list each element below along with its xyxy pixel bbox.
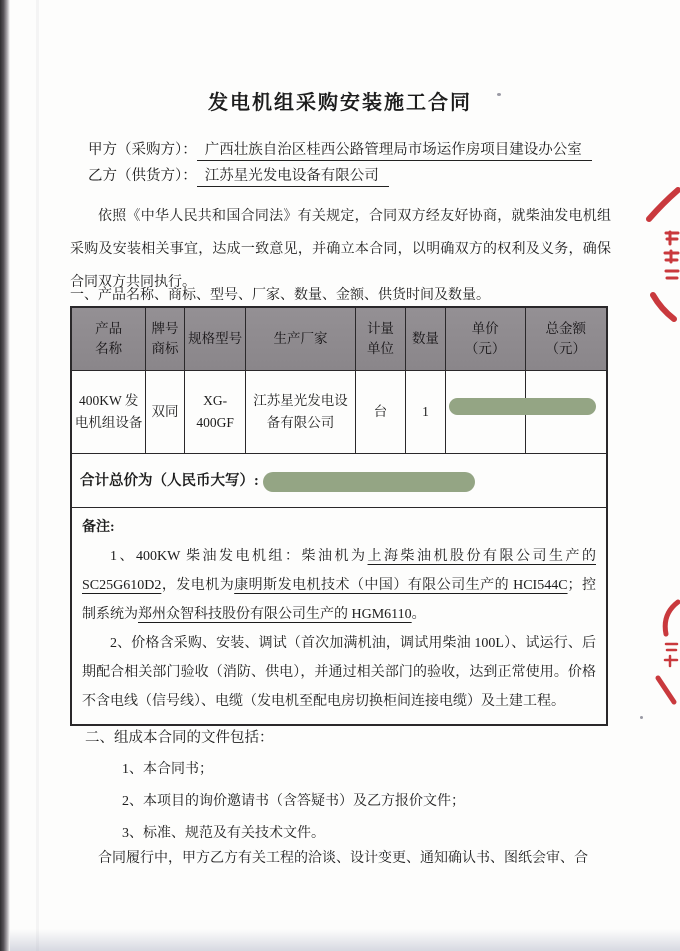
cell-brand: 双同: [146, 371, 184, 454]
cell-model: XG-400GF: [184, 371, 246, 454]
red-stamp-lower-icon: [652, 598, 680, 708]
note1-plain: 1、400KW 柴油发电机组：柴油机为: [110, 549, 368, 564]
section1-heading: 一、产品名称、商标、型号、厂家、数量、金额、供货时间及数量。: [70, 284, 490, 304]
page-title: 发电机组采购安装施工合同: [0, 86, 680, 115]
product-table: 产品 名称 牌号 商标 规格型号 生产厂家 计量 单位 数量 单价 （元） 总金…: [70, 306, 608, 726]
note-2: 2、价格含采购、安装、调试（首次加满机油，调试用柴油 100L）、试运行、后期配…: [82, 629, 596, 716]
red-stamp-upper-icon: [646, 183, 680, 323]
note1-underlined-generator: 康明斯发电机技术（中国）有限公司生产的 HCI544C: [234, 578, 567, 593]
party-a-label: 甲方（采购方）：: [88, 142, 197, 158]
col-quantity: 数量: [406, 307, 445, 371]
cell-quantity: 1: [406, 371, 445, 454]
redaction-total-price: [263, 472, 475, 492]
cell-unit: 台: [355, 371, 406, 454]
col-unit-price: 单价 （元）: [445, 307, 525, 371]
section2-item-1: 1、本合同书；: [122, 758, 213, 778]
party-a-value: 广西壮族自治区桂西公路管理局市场运作房项目建设办公室: [197, 142, 592, 161]
redaction-row-price: [449, 398, 596, 415]
cell-product: 400KW 发电机组设备: [71, 371, 146, 454]
col-total-amount: 总金额 （元）: [525, 307, 607, 371]
party-b-value: 江苏星光发电设备有限公司: [197, 168, 389, 187]
note1-plain: 。: [412, 607, 426, 622]
red-stamp-upper: [646, 183, 680, 323]
scan-left-edge: [0, 0, 10, 951]
cell-manufacturer: 江苏星光发电设备有限公司: [246, 371, 355, 454]
scanned-contract-page: 发电机组采购安装施工合同 甲方（采购方）：广西壮族自治区桂西公路管理局市场运作房…: [0, 0, 680, 951]
section2-heading: 二、组成本合同的文件包括：: [85, 726, 274, 747]
col-manufacturer: 生产厂家: [246, 307, 355, 371]
party-b-line: 乙方（供货方）：江苏星光发电设备有限公司: [88, 164, 389, 185]
total-price-label: 合计总价为（人民币大写）:: [80, 473, 259, 489]
scan-bottom-shadow: [10, 929, 680, 951]
red-stamp-lower: [652, 598, 680, 708]
scan-speck: [640, 716, 643, 719]
notes-row: 备注: 1、400KW 柴油发电机组：柴油机为上海柴油机股份有限公司生产的 SC…: [71, 508, 607, 726]
col-product-name: 产品 名称: [71, 307, 146, 371]
notes-title: 备注:: [82, 514, 596, 542]
scan-crease-line: [36, 0, 39, 951]
section2-item-3: 3、标准、规范及有关技术文件。: [122, 822, 325, 842]
col-model: 规格型号: [184, 307, 246, 371]
party-a-line: 甲方（采购方）：广西壮族自治区桂西公路管理局市场运作房项目建设办公室: [88, 138, 592, 159]
section2-item-2: 2、本项目的询价邀请书（含答疑书）及乙方报价文件；: [122, 790, 465, 810]
note-1: 1、400KW 柴油发电机组：柴油机为上海柴油机股份有限公司生产的 SC25G6…: [82, 542, 596, 629]
note1-underlined-controller: 郑州众智科技股份有限公司生产的 HGM6110: [138, 607, 412, 622]
party-b-label: 乙方（供货方）：: [88, 168, 197, 184]
total-price-row: 合计总价为（人民币大写）:: [71, 454, 607, 508]
col-brand: 牌号 商标: [146, 307, 184, 371]
note1-plain: ，发电机为: [161, 578, 234, 593]
col-unit: 计量 单位: [355, 307, 406, 371]
table-header-row: 产品 名称 牌号 商标 规格型号 生产厂家 计量 单位 数量 单价 （元） 总金…: [71, 307, 607, 371]
closing-paragraph: 合同履行中，甲方乙方有关工程的洽谈、设计变更、通知确认书、图纸会审、合: [70, 846, 615, 872]
